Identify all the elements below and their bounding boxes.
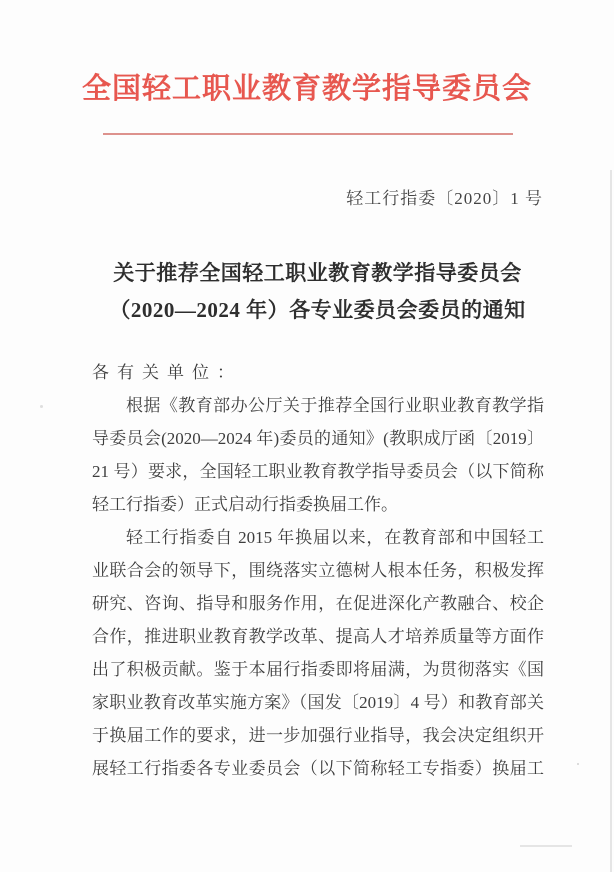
letterhead-divider (103, 133, 513, 135)
body-line: 业联合会的领导下，围绕落实立德树人根本任务，积极发挥 (92, 554, 544, 587)
document-page: 全国轻工职业教育教学指导委员会 轻工行指委〔2020〕1 号 关于推荐全国轻工职… (0, 0, 614, 872)
document-number: 轻工行指委〔2020〕1 号 (0, 187, 614, 211)
body-line: 展轻工行指委各专业委员会（以下简称轻工专指委）换届工 (92, 752, 544, 785)
scan-smudge (520, 845, 572, 847)
notice-title: 关于推荐全国轻工职业教育教学指导委员会 （2020—2024 年）各专业委员会委… (92, 255, 543, 329)
letterhead-org-name: 全国轻工职业教育教学指导委员会 (0, 0, 614, 107)
notice-title-line-1: 关于推荐全国轻工职业教育教学指导委员会 (92, 255, 543, 292)
body-line: 21 号）要求，全国轻工职业教育教学指导委员会（以下简称 (92, 455, 544, 488)
body-line: 根据《教育部办公厅关于推荐全国行业职业教育教学指 (92, 389, 544, 422)
scan-speck (577, 763, 579, 765)
body-line: 出了积极贡献。鉴于本届行指委即将届满，为贯彻落实《国 (92, 653, 544, 686)
body-line: 研究、咨询、指导和服务作用，在促进深化产教融合、校企 (92, 587, 544, 620)
salutation: 各有关单位： (92, 356, 544, 389)
body-line: 轻工行指委自 2015 年换届以来，在教育部和中国轻工 (92, 521, 544, 554)
body-line: 合作，推进职业教育教学改革、提高人才培养质量等方面作 (92, 620, 544, 653)
body-line: 于换届工作的要求，进一步加强行业指导，我会决定组织开 (92, 719, 544, 752)
body-line: 导委员会(2020—2024 年)委员的通知》(教职成厅函〔2019〕 (92, 422, 544, 455)
body-line: 家职业教育改革实施方案》（国发〔2019〕4 号）和教育部关 (92, 686, 544, 719)
notice-title-line-2: （2020—2024 年）各专业委员会委员的通知 (92, 292, 543, 329)
notice-body: 各有关单位： 根据《教育部办公厅关于推荐全国行业职业教育教学指 导委员会(202… (92, 356, 544, 785)
scan-edge-shadow (610, 170, 612, 872)
body-line: 轻工行指委）正式启动行指委换届工作。 (92, 488, 544, 521)
scan-speck (40, 405, 43, 408)
